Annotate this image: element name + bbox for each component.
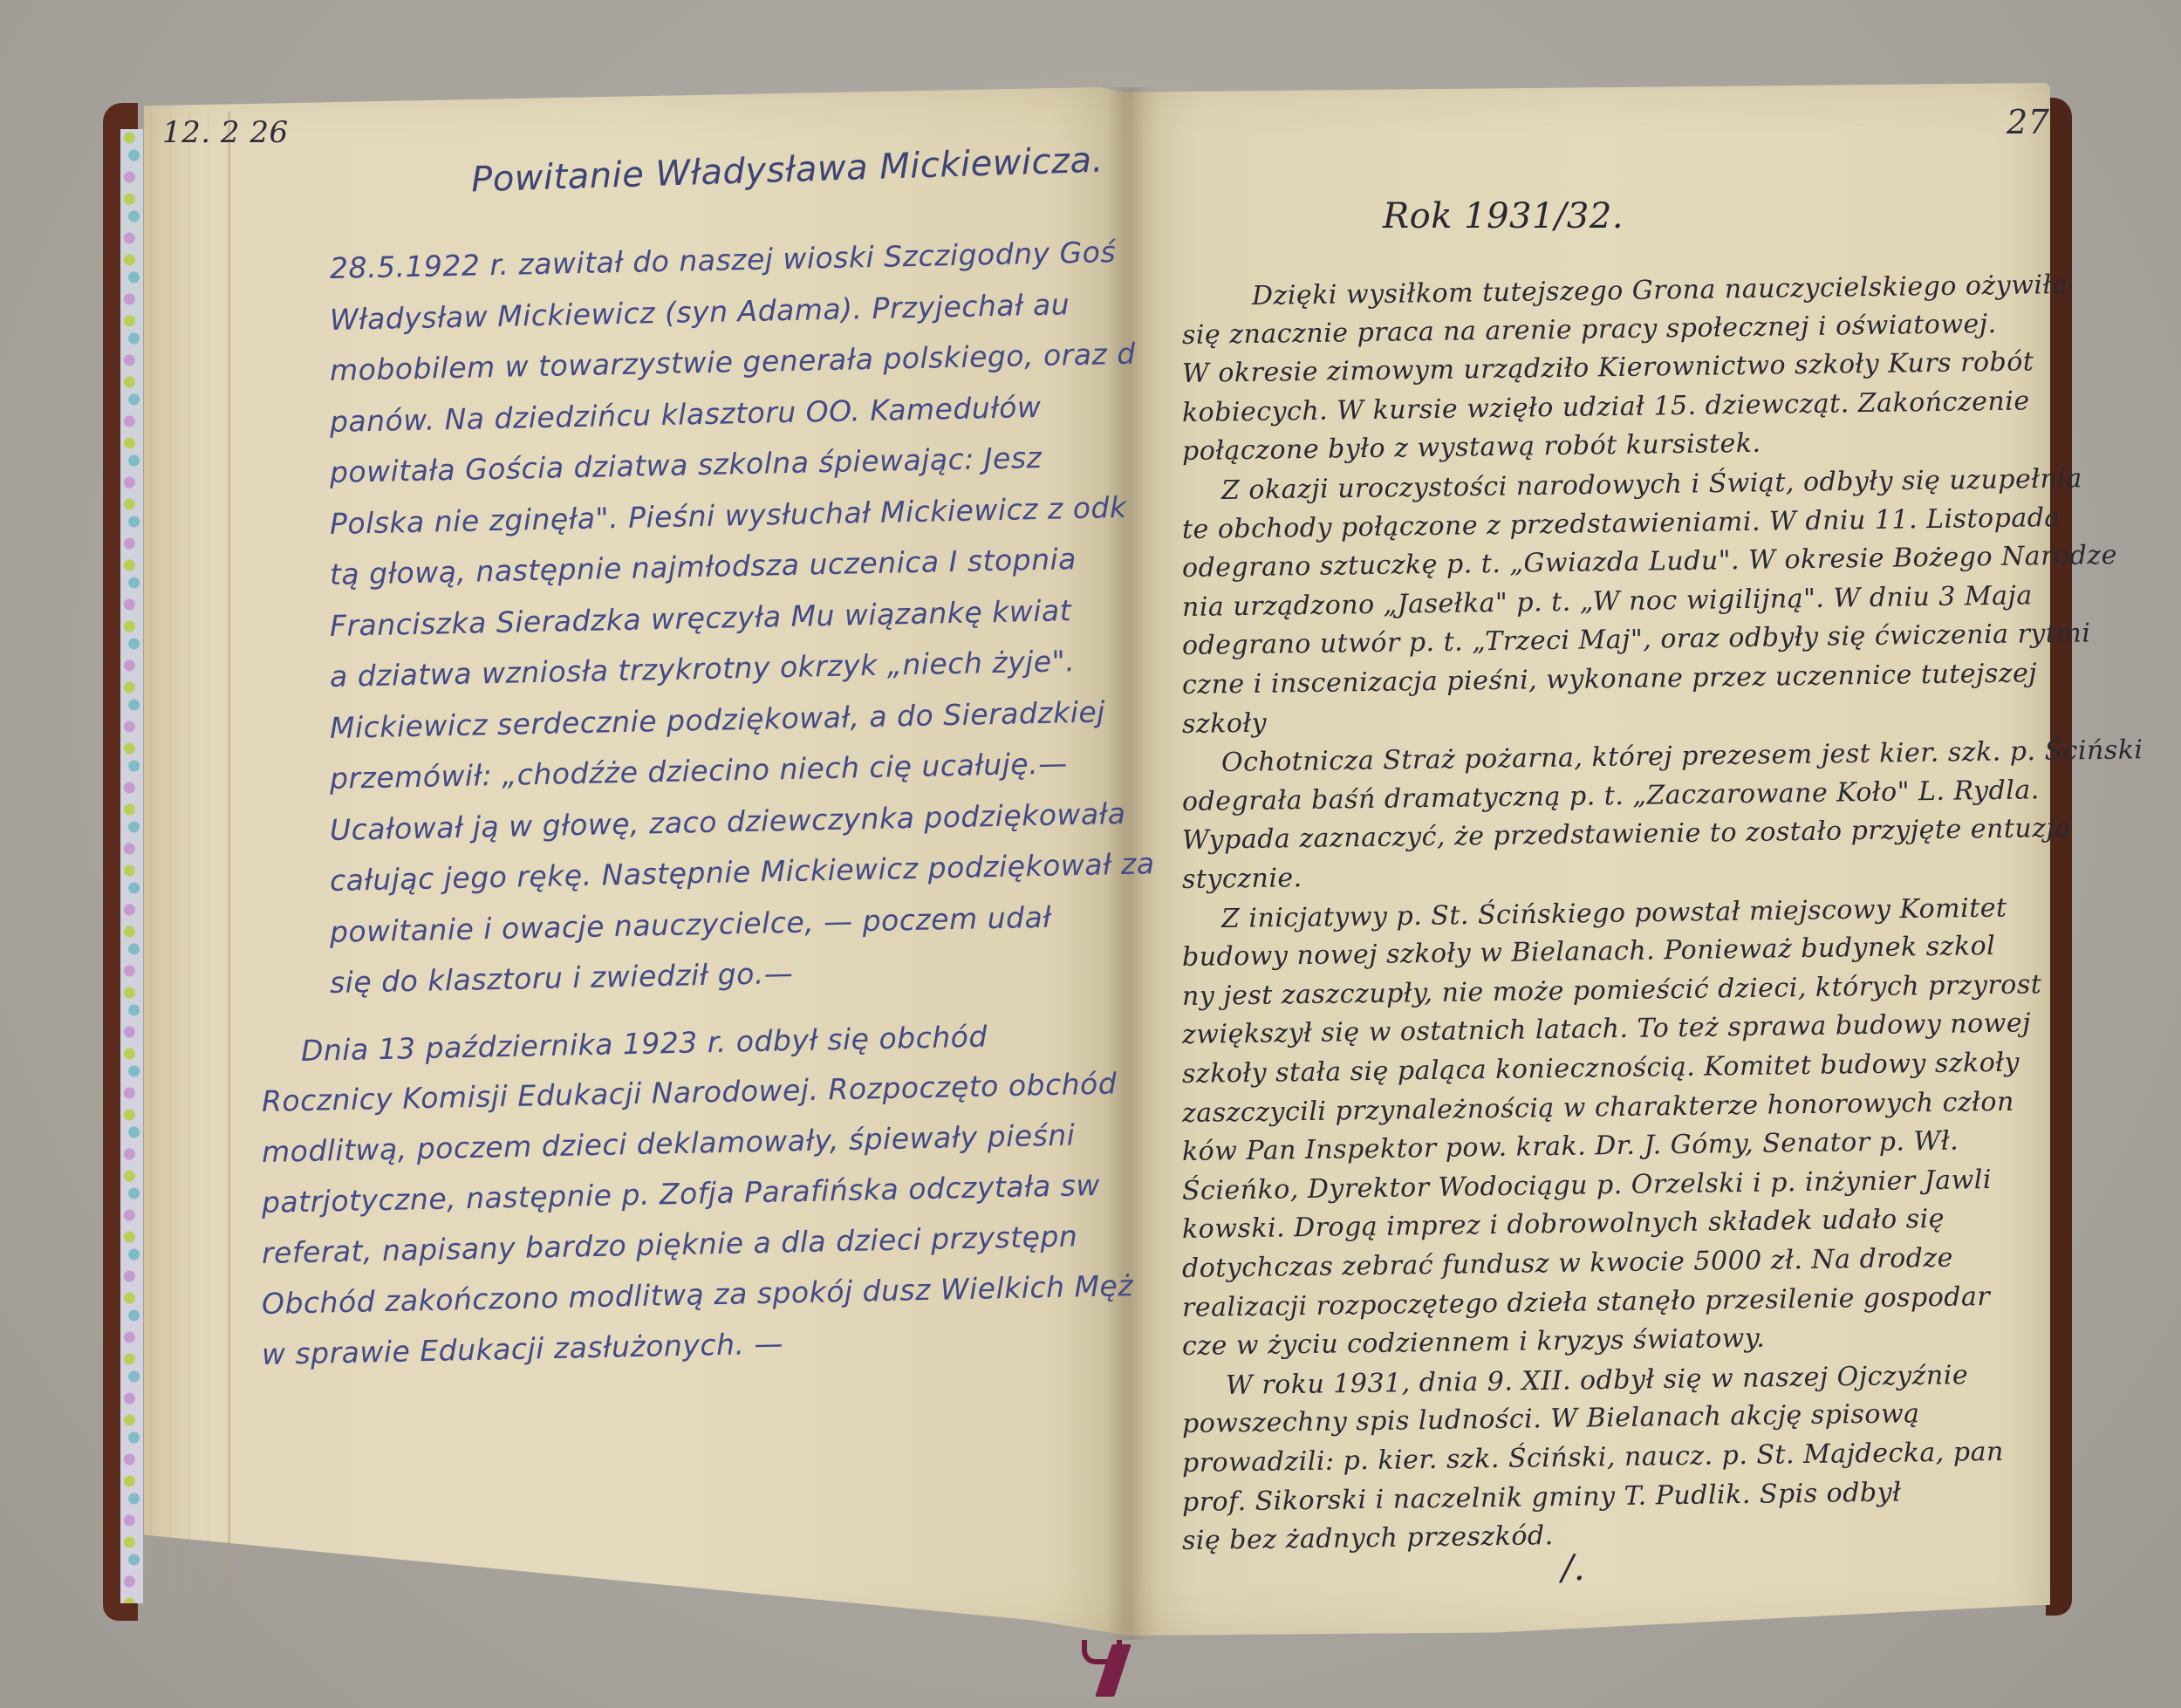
marbled-endpaper-left bbox=[120, 129, 143, 1603]
handwritten-line: stycznie. bbox=[1182, 863, 1302, 895]
end-mark: /. bbox=[1562, 1548, 1585, 1588]
left-page-number: 12. 2 26 bbox=[162, 115, 289, 150]
right-page-number: 27 bbox=[2007, 103, 2049, 141]
left-page-stack-edges bbox=[150, 112, 230, 1595]
handwritten-line: się bez żadnych przeszkód. bbox=[1182, 1520, 1554, 1556]
handwritten-line: szkoły bbox=[1182, 707, 1268, 739]
right-page-title: Rok 1931/32. bbox=[1383, 196, 1624, 236]
